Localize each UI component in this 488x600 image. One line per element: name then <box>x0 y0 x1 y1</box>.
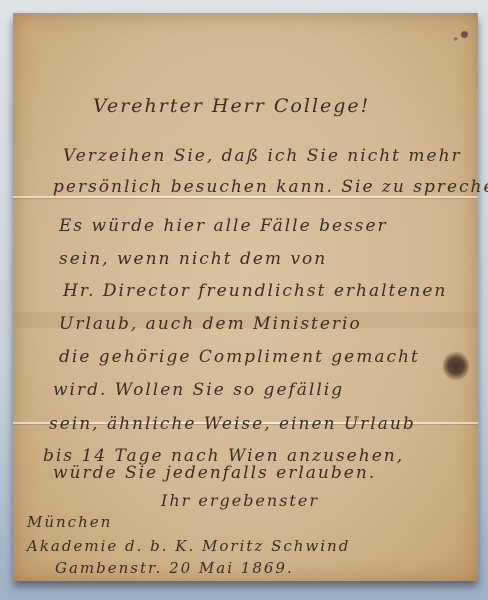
body-line: wird. Wollen Sie so gefällig <box>53 380 344 400</box>
ink-stain <box>443 351 469 381</box>
body-line: die gehörige Compliment gemacht <box>59 347 420 367</box>
body-line: würde Sie jedenfalls erlauben. <box>53 463 376 483</box>
body-line: persönlich besuchen kann. Sie zu spreche… <box>53 177 488 197</box>
place-line: München <box>27 513 112 531</box>
body-line: Hr. Director freundlichst erhaltenen <box>63 281 447 301</box>
body-line: sein, wenn nicht dem von <box>59 249 327 269</box>
body-line: Urlaub, auch dem Ministerio <box>59 314 362 334</box>
signature-line: Akademie d. b. K. Moritz Schwind <box>27 537 350 555</box>
corner-spots <box>449 29 471 43</box>
salutation: Verehrter Herr College! <box>93 95 370 117</box>
date-line: Gambenstr. 20 Mai 1869. <box>55 559 294 577</box>
body-line: sein, ähnliche Weise, einen Urlaub <box>49 414 416 434</box>
body-line: Es würde hier alle Fälle besser <box>59 216 388 236</box>
body-line: Verzeihen Sie, daß ich Sie nicht mehr <box>63 146 462 166</box>
letter-paper: Verehrter Herr College! Verzeihen Sie, d… <box>13 13 478 581</box>
closing: Ihr ergebenster <box>161 491 319 510</box>
